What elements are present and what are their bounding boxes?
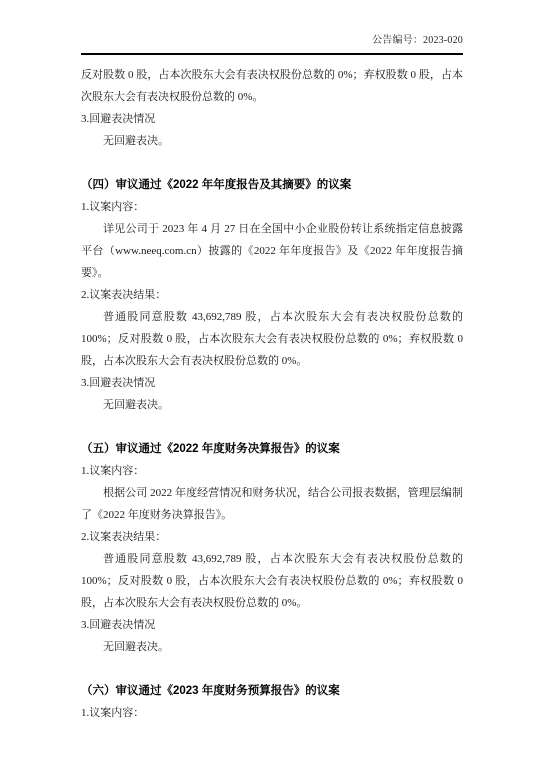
clause-item-vote-result: 2.议案表决结果： bbox=[81, 284, 463, 306]
paragraph-vote-result-continuation: 反对股数 0 股，占本次股东大会有表决权股份总数的 0%；弃权股数 0 股，占本… bbox=[81, 64, 463, 108]
paragraph-vote-result: 普通股同意股数 43,692,789 股，占本次股东大会有表决权股份总数的 10… bbox=[81, 306, 463, 372]
paragraph-no-recusal: 无回避表决。 bbox=[81, 636, 463, 658]
clause-item-vote-result: 2.议案表决结果： bbox=[81, 526, 463, 548]
paragraph-vote-result: 普通股同意股数 43,692,789 股，占本次股东大会有表决权股份总数的 10… bbox=[81, 548, 463, 614]
clause-item-recusal: 3.回避表决情况 bbox=[81, 614, 463, 636]
clause-item-proposal-content: 1.议案内容： bbox=[81, 196, 463, 218]
section-heading-4: （四）审议通过《2022 年年度报告及其摘要》的议案 bbox=[81, 174, 463, 196]
clause-item-recusal: 3.回避表决情况 bbox=[81, 108, 463, 130]
clause-item-proposal-content: 1.议案内容： bbox=[81, 460, 463, 482]
clause-item-proposal-content: 1.议案内容： bbox=[81, 702, 463, 724]
paragraph-no-recusal: 无回避表决。 bbox=[81, 130, 463, 152]
document-page: 公告编号：2023-020 反对股数 0 股，占本次股东大会有表决权股份总数的 … bbox=[0, 0, 545, 771]
announcement-number: 公告编号：2023-020 bbox=[372, 35, 463, 46]
section-heading-5: （五）审议通过《2022 年度财务决算报告》的议案 bbox=[81, 438, 463, 460]
page-header: 公告编号：2023-020 bbox=[81, 34, 463, 47]
paragraph-proposal-content: 根据公司 2022 年度经营情况和财务状况，结合公司报表数据，管理层编制了《20… bbox=[81, 482, 463, 526]
paragraph-no-recusal: 无回避表决。 bbox=[81, 394, 463, 416]
paragraph-proposal-content: 详见公司于 2023 年 4 月 27 日在全国中小企业股份转让系统指定信息披露… bbox=[81, 218, 463, 284]
document-body: 反对股数 0 股，占本次股东大会有表决权股份总数的 0%；弃权股数 0 股，占本… bbox=[81, 64, 463, 724]
section-heading-6: （六）审议通过《2023 年度财务预算报告》的议案 bbox=[81, 680, 463, 702]
header-divider bbox=[81, 53, 463, 55]
clause-item-recusal: 3.回避表决情况 bbox=[81, 372, 463, 394]
